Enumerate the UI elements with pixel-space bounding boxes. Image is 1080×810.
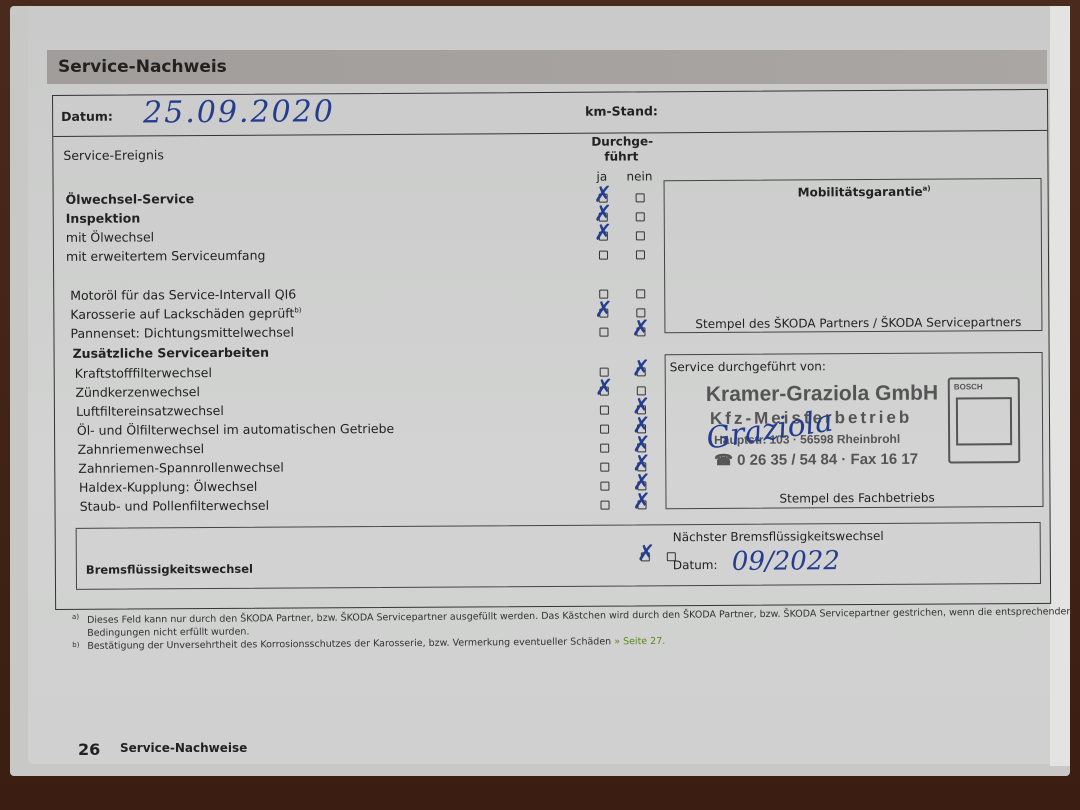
- km-label: km-Stand:: [585, 103, 658, 118]
- service-item-label: Zahnriemenwechsel: [78, 441, 205, 457]
- checkbox-ja[interactable]: [599, 251, 608, 260]
- service-item-label: Inspektion: [66, 210, 141, 225]
- handwritten-check-mark: ✗: [595, 378, 614, 400]
- brake-date-value[interactable]: 09/2022: [732, 546, 840, 577]
- handwritten-check-mark: ✗: [594, 223, 613, 245]
- checkbox-nein[interactable]: [636, 231, 645, 240]
- additional-heading: Zusätzliche Servicearbeiten: [73, 345, 270, 361]
- footnote-b-mark: b): [72, 641, 79, 649]
- service-item-label: Zündkerzenwechsel: [75, 384, 200, 400]
- service-item-label: Kraftstofffilterwechsel: [75, 365, 212, 381]
- checkbox-ja[interactable]: [599, 328, 608, 337]
- brake-fluid-box: Bremsflüssigkeitswechsel ✗ Nächster Brem…: [76, 522, 1041, 590]
- page-section: Service-Nachweise: [120, 741, 247, 755]
- page-link[interactable]: » Seite 27.: [614, 636, 665, 647]
- section-title-bar: Service-Nachweis: [47, 50, 1047, 84]
- page-number: 26: [78, 740, 100, 759]
- mobility-caption: Stempel des ŠKODA Partners / ŠKODA Servi…: [695, 315, 1021, 331]
- brake-date-label: Datum:: [673, 558, 718, 572]
- date-label: Datum:: [61, 109, 113, 124]
- mobility-title: Mobilitätsgarantiea): [798, 185, 931, 200]
- date-value[interactable]: 25.09.2020: [143, 94, 335, 130]
- service-item-label: Öl- und Ölfilterwechsel im automatischen…: [77, 421, 394, 438]
- done-header-1: Durchge-: [591, 134, 653, 148]
- brake-ja-mark: ✗: [637, 543, 656, 565]
- no-header: nein: [626, 169, 652, 183]
- checkbox-ja[interactable]: [600, 482, 609, 491]
- service-item-label: Luftfiltereinsatzwechsel: [76, 403, 224, 419]
- service-item-label: Pannenset: Dichtungsmittelwechsel: [70, 325, 294, 341]
- event-header: Service-Ereignis: [63, 147, 164, 163]
- service-item-label: mit Ölwechsel: [66, 229, 154, 245]
- checkbox-nein[interactable]: [636, 289, 645, 298]
- footnote-a-mark: a): [72, 613, 79, 621]
- service-item-label: mit erweitertem Serviceumfang: [66, 248, 266, 264]
- handwritten-check-mark: ✗: [632, 358, 651, 380]
- stamp-phone: ☎ 0 26 35 / 54 84 · Fax 16 17: [714, 450, 918, 469]
- checkbox-ja[interactable]: [600, 406, 609, 415]
- service-item-label: Haldex-Kupplung: Ölwechsel: [79, 479, 257, 495]
- brake-label: Bremsflüssigkeitswechsel: [86, 562, 253, 577]
- handwritten-check-mark: ✗: [631, 318, 650, 340]
- footnote-a-text2: Bedingungen nicht erfüllt wurden.: [87, 626, 249, 638]
- checkbox-nein[interactable]: [636, 193, 645, 202]
- service-item-label: Staub- und Pollenfilterwechsel: [80, 498, 269, 514]
- mobility-box: Mobilitätsgarantiea) Stempel des ŠKODA P…: [664, 178, 1043, 333]
- bosch-stamp: BOSCH: [948, 377, 1021, 463]
- stamp-company: Kramer-Graziola GmbH: [706, 382, 938, 407]
- handwritten-check-mark: ✗: [594, 300, 613, 322]
- service-form: Datum: 25.09.2020 km-Stand: Service-Erei…: [52, 89, 1051, 610]
- checkbox-nein[interactable]: [636, 212, 645, 221]
- checkbox-ja[interactable]: [600, 463, 609, 472]
- service-item-label: Karosserie auf Lackschäden geprüftb): [70, 305, 301, 321]
- date-row: Datum: 25.09.2020 km-Stand:: [53, 90, 1047, 137]
- service-by-box: Service durchgeführt von: Kramer-Graziol…: [665, 352, 1044, 509]
- page-title: Service-Nachweis: [58, 57, 227, 77]
- yes-header: ja: [596, 170, 607, 184]
- checkbox-ja[interactable]: [600, 444, 609, 453]
- handwritten-check-mark: ✗: [632, 491, 651, 513]
- bosch-logo-text: BOSCH: [954, 382, 983, 391]
- next-brake-label: Nächster Bremsflüssigkeitswechsel: [673, 529, 884, 544]
- bosch-inner-box: [956, 397, 1012, 445]
- service-item-label: Motoröl für das Service-Intervall QI6: [70, 287, 296, 303]
- checkbox-ja[interactable]: [600, 501, 609, 510]
- page-edge: [1050, 6, 1070, 766]
- checkbox-nein[interactable]: [636, 250, 645, 259]
- service-by-caption: Stempel des Fachbetriebs: [779, 491, 934, 506]
- service-item-label: Zahnriemen-Spannrollenwechsel: [78, 460, 284, 476]
- done-header-2: führt: [604, 149, 638, 163]
- service-item-label: Ölwechsel-Service: [66, 191, 195, 207]
- service-by-label: Service durchgeführt von:: [670, 359, 826, 374]
- checkbox-ja[interactable]: [600, 425, 609, 434]
